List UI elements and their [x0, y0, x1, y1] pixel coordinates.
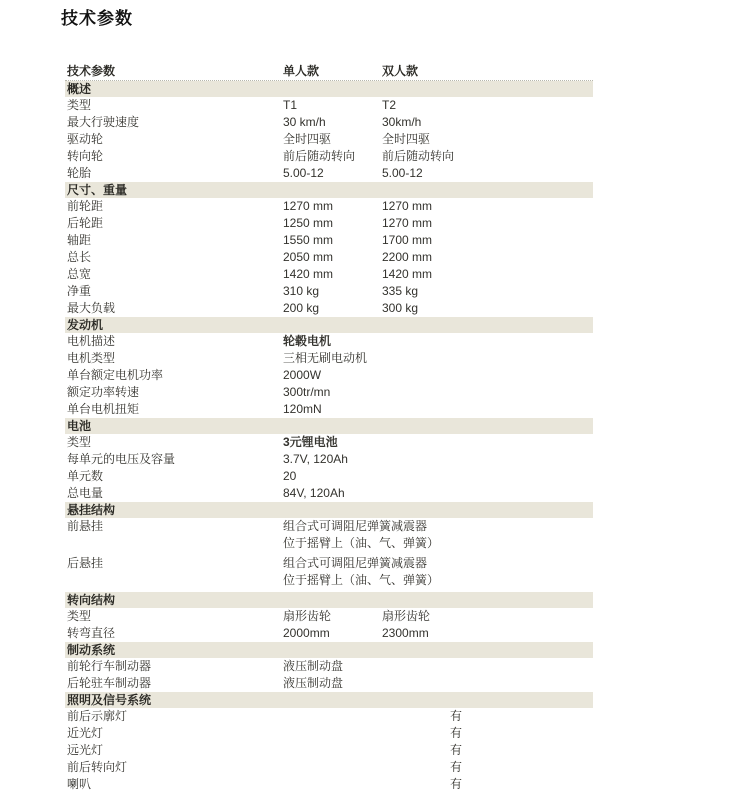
row-label: 净重	[65, 283, 283, 300]
cell-value-two-seater: 300 kg	[382, 300, 530, 317]
row-label: 类型	[65, 608, 283, 625]
row-label: 电机描述	[65, 333, 283, 350]
table-row: 类型3元锂电池	[65, 434, 593, 451]
section-title: 照明及信号系统	[67, 693, 151, 707]
cell-value-single-seater: 1270 mm	[283, 198, 382, 215]
cell-value-two-seater: 1270 mm	[382, 198, 530, 215]
row-label: 转向轮	[65, 148, 283, 165]
cell-value-single-seater: 310 kg	[283, 283, 382, 300]
table-row: 前后示廓灯有	[65, 708, 593, 725]
row-label: 前后示廓灯	[65, 708, 283, 725]
section-header: 概述	[65, 81, 593, 97]
cell-value-two-seater: 335 kg	[382, 283, 530, 300]
cell-value-two-seater: 有	[382, 759, 530, 776]
row-label: 额定功率转速	[65, 384, 283, 401]
section-title: 发动机	[67, 318, 103, 332]
cell-value-single-seater	[283, 708, 382, 725]
table-row: 前后转向灯有	[65, 759, 593, 776]
row-label: 类型	[65, 434, 283, 451]
cell-value-two-seater: 有	[382, 742, 530, 759]
section-header: 发动机	[65, 317, 593, 333]
cell-value-two-seater: 扇形齿轮	[382, 608, 530, 625]
cell-value-two-seater: 有	[382, 708, 530, 725]
table-row: 后轮距1250 mm1270 mm	[65, 215, 593, 232]
row-label: 总长	[65, 249, 283, 266]
table-row: 电机类型三相无刷电动机	[65, 350, 593, 367]
table-row: 后轮驻车制动器液压制动盘	[65, 675, 593, 692]
row-label: 喇叭	[65, 776, 283, 793]
row-label: 后悬挂	[65, 555, 283, 589]
section-header: 制动系统	[65, 642, 593, 658]
table-header-row: 技术参数 单人款 双人款	[65, 63, 593, 81]
table-row: 近光灯有	[65, 725, 593, 742]
table-row: 轴距1550 mm1700 mm	[65, 232, 593, 249]
table-row: 类型扇形齿轮扇形齿轮	[65, 608, 593, 625]
section-title: 悬挂结构	[67, 503, 115, 517]
cell-value-two-seater: T2	[382, 97, 530, 114]
row-label: 单台额定电机功率	[65, 367, 283, 384]
table-row: 单台电机扭矩120mN	[65, 401, 593, 418]
row-label: 近光灯	[65, 725, 283, 742]
cell-value-two-seater: 30km/h	[382, 114, 530, 131]
spec-table: 技术参数 单人款 双人款 概述类型T1T2最大行驶速度30 km/h30km/h…	[65, 63, 593, 793]
row-label: 转弯直径	[65, 625, 283, 642]
cell-value-two-seater: 有	[382, 776, 530, 793]
cell-value-single-seater	[283, 725, 382, 742]
table-row: 后悬挂组合式可调阻尼弹簧减震器 位于摇臂上（油、气、弹簧）	[65, 555, 593, 589]
row-label: 远光灯	[65, 742, 283, 759]
cell-value-two-seater: 有	[382, 725, 530, 742]
section-title: 电池	[67, 419, 91, 433]
row-label: 轮胎	[65, 165, 283, 182]
table-row: 总宽1420 mm1420 mm	[65, 266, 593, 283]
cell-value-single-seater: 全时四驱	[283, 131, 382, 148]
cell-value-single-seater: 组合式可调阻尼弹簧减震器 位于摇臂上（油、气、弹簧）	[283, 555, 530, 589]
cell-value-single-seater: 组合式可调阻尼弹簧减震器 位于摇臂上（油、气、弹簧）	[283, 518, 530, 552]
cell-value-single-seater: 1550 mm	[283, 232, 382, 249]
cell-value-two-seater: 1420 mm	[382, 266, 530, 283]
cell-value-two-seater: 5.00-12	[382, 165, 530, 182]
cell-value-single-seater: 3.7V, 120Ah	[283, 451, 530, 468]
table-row: 最大负载200 kg300 kg	[65, 300, 593, 317]
cell-value-single-seater: 5.00-12	[283, 165, 382, 182]
row-label: 总电量	[65, 485, 283, 502]
row-label: 每单元的电压及容量	[65, 451, 283, 468]
row-label: 总宽	[65, 266, 283, 283]
cell-value-single-seater	[283, 759, 382, 776]
table-row: 最大行驶速度30 km/h30km/h	[65, 114, 593, 131]
table-row: 远光灯有	[65, 742, 593, 759]
cell-value-two-seater: 1270 mm	[382, 215, 530, 232]
row-label: 前轮距	[65, 198, 283, 215]
row-label: 后轮距	[65, 215, 283, 232]
section-header: 电池	[65, 418, 593, 434]
table-row: 每单元的电压及容量3.7V, 120Ah	[65, 451, 593, 468]
section-header: 尺寸、重量	[65, 182, 593, 198]
table-row: 前悬挂组合式可调阻尼弹簧减震器 位于摇臂上（油、气、弹簧）	[65, 518, 593, 552]
cell-value-single-seater: 液压制动盘	[283, 675, 530, 692]
row-label: 类型	[65, 97, 283, 114]
table-row: 轮胎5.00-125.00-12	[65, 165, 593, 182]
page-title: 技术参数	[61, 8, 739, 30]
cell-value-single-seater: 前后随动转向	[283, 148, 382, 165]
column-header-spacer	[530, 63, 593, 80]
row-label: 最大负载	[65, 300, 283, 317]
row-label: 前后转向灯	[65, 759, 283, 776]
section-header: 照明及信号系统	[65, 692, 593, 708]
cell-value-single-seater: 30 km/h	[283, 114, 382, 131]
table-row: 额定功率转速300tr/mn	[65, 384, 593, 401]
column-header-single-seater: 单人款	[283, 63, 382, 80]
cell-value-single-seater: 1250 mm	[283, 215, 382, 232]
cell-value-single-seater: 轮毂电机	[283, 333, 530, 350]
section-title: 转向结构	[67, 593, 115, 607]
cell-value-single-seater: 20	[283, 468, 530, 485]
row-label: 轴距	[65, 232, 283, 249]
cell-value-single-seater: 300tr/mn	[283, 384, 530, 401]
table-row: 喇叭有	[65, 776, 593, 793]
cell-value-single-seater: 200 kg	[283, 300, 382, 317]
cell-value-single-seater	[283, 776, 382, 793]
cell-value-two-seater: 前后随动转向	[382, 148, 530, 165]
table-row: 总电量84V, 120Ah	[65, 485, 593, 502]
cell-value-single-seater: 2000W	[283, 367, 530, 384]
cell-value-single-seater: 三相无刷电动机	[283, 350, 530, 367]
table-row: 类型T1T2	[65, 97, 593, 114]
table-row: 净重310 kg335 kg	[65, 283, 593, 300]
column-header-parameter: 技术参数	[65, 63, 283, 80]
cell-value-two-seater: 2300mm	[382, 625, 530, 642]
cell-value-single-seater: T1	[283, 97, 382, 114]
cell-value-single-seater: 2050 mm	[283, 249, 382, 266]
table-row: 电机描述轮毂电机	[65, 333, 593, 350]
table-row: 前轮行车制动器液压制动盘	[65, 658, 593, 675]
cell-value-single-seater: 3元锂电池	[283, 434, 530, 451]
row-label: 驱动轮	[65, 131, 283, 148]
table-row: 单元数20	[65, 468, 593, 485]
row-label: 前悬挂	[65, 518, 283, 552]
row-label: 前轮行车制动器	[65, 658, 283, 675]
cell-value-two-seater: 全时四驱	[382, 131, 530, 148]
table-row: 驱动轮全时四驱全时四驱	[65, 131, 593, 148]
row-label: 单台电机扭矩	[65, 401, 283, 418]
section-header: 转向结构	[65, 592, 593, 608]
cell-value-single-seater: 84V, 120Ah	[283, 485, 530, 502]
table-row: 转向轮前后随动转向前后随动转向	[65, 148, 593, 165]
row-label: 电机类型	[65, 350, 283, 367]
table-body: 概述类型T1T2最大行驶速度30 km/h30km/h驱动轮全时四驱全时四驱转向…	[65, 81, 593, 793]
cell-value-single-seater	[283, 742, 382, 759]
section-title: 尺寸、重量	[67, 183, 127, 197]
table-row: 单台额定电机功率2000W	[65, 367, 593, 384]
table-row: 转弯直径2000mm2300mm	[65, 625, 593, 642]
section-header: 悬挂结构	[65, 502, 593, 518]
cell-value-two-seater: 1700 mm	[382, 232, 530, 249]
column-header-two-seater: 双人款	[382, 63, 530, 80]
document-page: 技术参数 技术参数 单人款 双人款 概述类型T1T2最大行驶速度30 km/h3…	[0, 0, 739, 793]
table-row: 总长2050 mm2200 mm	[65, 249, 593, 266]
cell-value-two-seater: 2200 mm	[382, 249, 530, 266]
cell-value-single-seater: 扇形齿轮	[283, 608, 382, 625]
row-label: 最大行驶速度	[65, 114, 283, 131]
cell-value-single-seater: 1420 mm	[283, 266, 382, 283]
cell-value-single-seater: 120mN	[283, 401, 530, 418]
section-title: 制动系统	[67, 643, 115, 657]
section-title: 概述	[67, 82, 91, 96]
cell-value-single-seater: 2000mm	[283, 625, 382, 642]
row-label: 后轮驻车制动器	[65, 675, 283, 692]
cell-value-single-seater: 液压制动盘	[283, 658, 530, 675]
table-row: 前轮距1270 mm1270 mm	[65, 198, 593, 215]
row-label: 单元数	[65, 468, 283, 485]
